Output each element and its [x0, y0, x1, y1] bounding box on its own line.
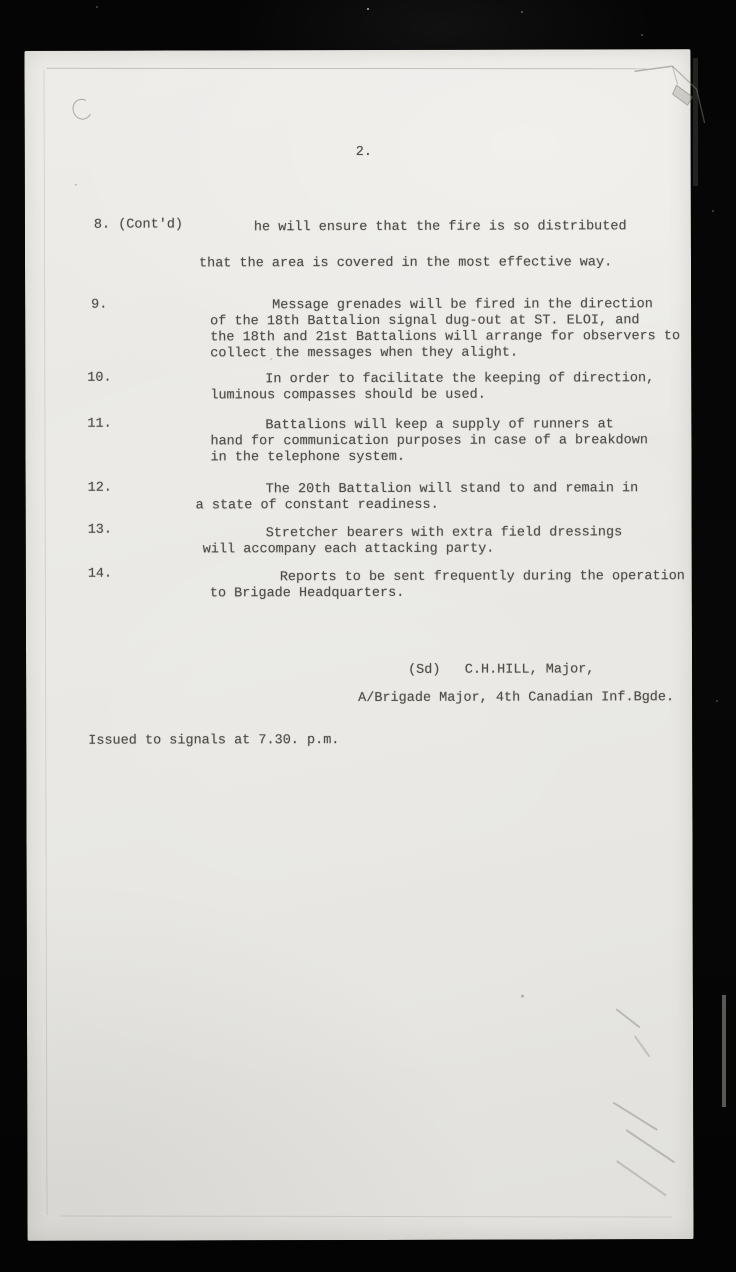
- fold-crease-bottom: [61, 1215, 671, 1217]
- list-item: 14. Reports to be sent frequently during…: [24, 49, 690, 51]
- item-line: Message grenades will be fired in the di…: [272, 297, 653, 314]
- item-line: luminous compasses should be used.: [210, 388, 485, 405]
- item-line: In order to facilitate the keeping of di…: [265, 371, 654, 388]
- item-line: Battalions will keep a supply of runners…: [265, 417, 613, 434]
- list-item: 12. The 20th Battalion will stand to and…: [24, 49, 690, 51]
- pencil-hatch-mark: [613, 1102, 658, 1131]
- item-number: 12.: [88, 481, 112, 497]
- pencil-hatch-mark: [616, 1160, 666, 1196]
- list-item: 11. Battalions will keep a supply of run…: [24, 49, 690, 51]
- list-item: 9. Message grenades will be fired in the…: [24, 49, 690, 51]
- item-number: 9.: [91, 298, 107, 314]
- item-line: to Brigade Headquarters.: [210, 586, 404, 603]
- item-line: The 20th Battalion will stand to and rem…: [266, 481, 639, 498]
- fold-crease-left: [43, 70, 47, 1215]
- item-line: will accompany each attacking party.: [203, 542, 495, 559]
- list-item: 8. (Cont'd) he will ensure that the fire…: [24, 49, 690, 51]
- dust-speck: [96, 6, 98, 8]
- pencil-circle-mark: [70, 96, 95, 122]
- signature-title-line: A/Brigade Major, 4th Canadian Inf.Bgde.: [358, 690, 674, 707]
- ink-speck: [75, 184, 77, 186]
- item-number: 10.: [87, 371, 111, 387]
- dog-ear-fold: [632, 61, 722, 141]
- item-line: that the area is covered in the most eff…: [199, 255, 612, 272]
- page-number: 2.: [356, 145, 372, 161]
- dust-speck: [641, 34, 643, 36]
- item-line: of the 18th Battalion signal dug-out at …: [210, 313, 639, 330]
- dust-speck: [712, 210, 714, 212]
- list-item: 10. In order to facilitate the keeping o…: [24, 49, 690, 51]
- fold-crease-top: [46, 68, 646, 70]
- item-number: 13.: [88, 523, 112, 539]
- pencil-squiggle: [634, 1035, 651, 1057]
- list-item: 13. Stretcher bearers with extra field d…: [24, 49, 690, 51]
- item-line: collect the messages when they alight.: [210, 346, 518, 363]
- dust-speck: [367, 8, 369, 10]
- document-page: 2. 8. (Cont'd) he will ensure that the f…: [24, 49, 693, 1241]
- item-number: 14.: [88, 567, 112, 583]
- pencil-hatch-mark: [626, 1129, 675, 1163]
- dust-speck: [521, 11, 523, 13]
- dust-speck: [716, 700, 718, 702]
- item-line: Reports to be sent frequently during the…: [280, 569, 685, 586]
- signature-block: (Sd) C.H.HILL, Major, A/Brigade Major, 4…: [24, 49, 690, 51]
- item-number: 8. (Cont'd): [94, 217, 183, 233]
- item-line: a state of constant readiness.: [196, 498, 439, 515]
- pencil-squiggle: [616, 1008, 641, 1028]
- ink-speck: [521, 995, 524, 998]
- item-number: 11.: [87, 417, 111, 433]
- item-line: in the telephone system.: [210, 450, 404, 467]
- adjacent-page-edge: [722, 995, 726, 1107]
- item-line: he will ensure that the fire is so distr…: [254, 219, 627, 236]
- item-line: Stretcher bearers with extra field dress…: [266, 525, 623, 542]
- item-line: hand for communication purposes in case …: [210, 433, 648, 450]
- signature-signed-line: (Sd) C.H.HILL, Major,: [408, 662, 594, 678]
- item-line: the 18th and 21st Battalions will arrang…: [210, 329, 680, 346]
- issued-note: Issued to signals at 7.30. p.m.: [88, 733, 339, 750]
- scanner-background: 2. 8. (Cont'd) he will ensure that the f…: [0, 0, 736, 1272]
